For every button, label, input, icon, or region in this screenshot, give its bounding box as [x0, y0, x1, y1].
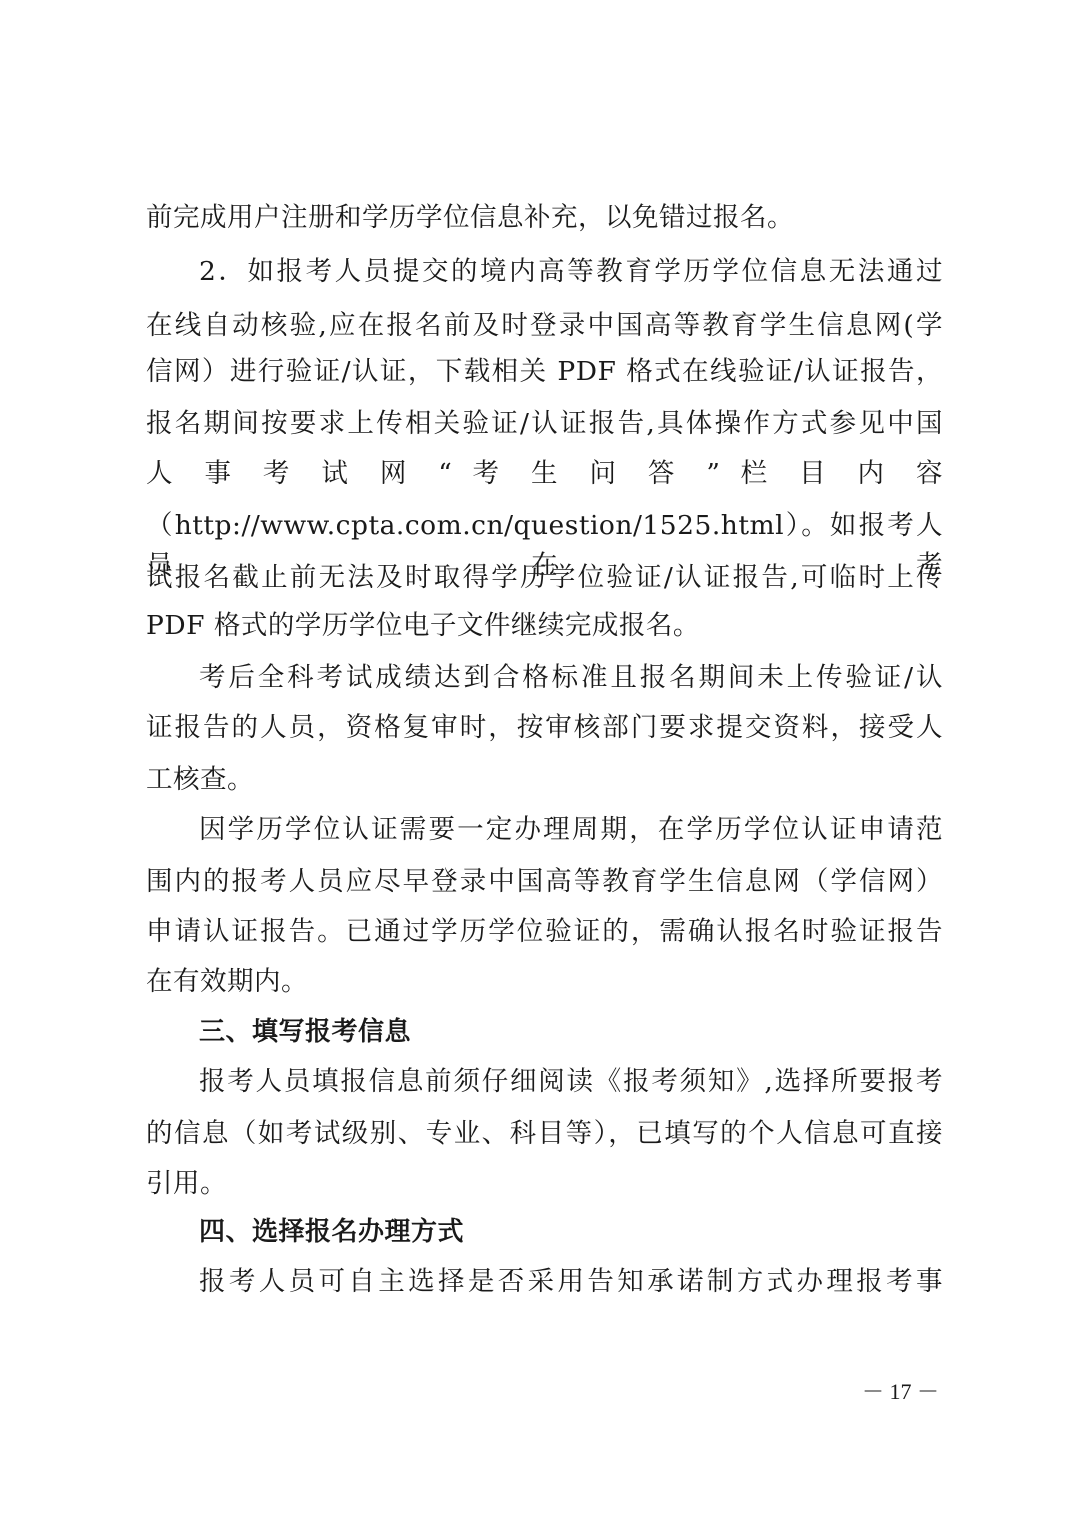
- text-line: 试报名截止前无法及时取得学历学位验证/认证报告,可临时上传: [146, 558, 943, 598]
- text-line: 证报告的人员，资格复审时，按审核部门要求提交资料，接受人: [146, 708, 943, 748]
- text-line: 前完成用户注册和学历学位信息补充，以免错过报名。: [146, 198, 943, 238]
- text-line: 围内的报考人员应尽早登录中国高等教育学生信息网（学信网）: [146, 862, 943, 902]
- text-line: 的信息（如考试级别、专业、科目等），已填写的个人信息可直接: [146, 1114, 943, 1154]
- text-line: 报名期间按要求上传相关验证/认证报告,具体操作方式参见中国: [146, 404, 943, 444]
- text-line: 2．如报考人员提交的境内高等教育学历学位信息无法通过: [199, 252, 943, 292]
- page-number: － 17 －: [862, 1374, 939, 1410]
- text-line: 信网）进行验证/认证，下载相关 PDF 格式在线验证/认证报告，: [146, 352, 943, 392]
- text-line: 考后全科考试成绩达到合格标准且报名期间未上传验证/认: [199, 658, 943, 698]
- text-line: 引用。: [146, 1164, 943, 1204]
- text-line: 报考人员可自主选择是否采用告知承诺制方式办理报考事: [199, 1262, 943, 1302]
- text-line: 在有效期内。: [146, 962, 943, 1002]
- text-line: 在线自动核验,应在报名前及时登录中国高等教育学生信息网(学: [146, 306, 943, 346]
- text-line: 工核查。: [146, 760, 943, 800]
- text-line: 人 事 考 试 网 “ 考 生 问 答 ” 栏 目 内 容: [146, 454, 943, 494]
- text-line: PDF 格式的学历学位电子文件继续完成报名。: [146, 606, 943, 646]
- text-line: 因学历学位认证需要一定办理周期，在学历学位认证申请范: [199, 810, 943, 850]
- text-line: 报考人员填报信息前须仔细阅读《报考须知》,选择所要报考: [199, 1062, 943, 1102]
- section-heading-3: 三、填写报考信息: [199, 1012, 943, 1052]
- text-line: 申请认证报告。已通过学历学位验证的，需确认报名时验证报告: [146, 912, 943, 952]
- document-page: 前完成用户注册和学历学位信息补充，以免错过报名。 2．如报考人员提交的境内高等教…: [0, 0, 1074, 1520]
- section-heading-4: 四、选择报名办理方式: [199, 1212, 943, 1252]
